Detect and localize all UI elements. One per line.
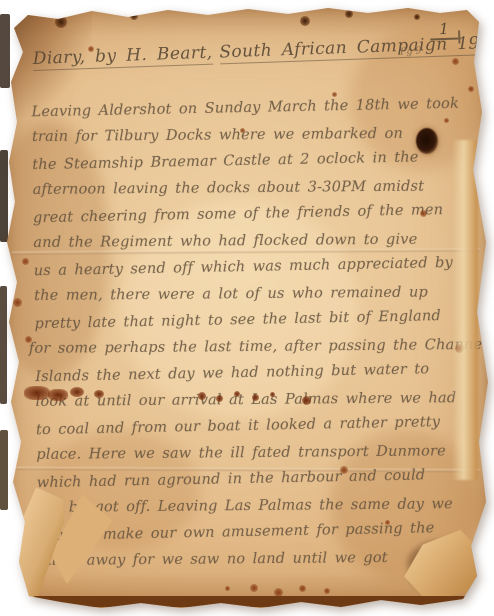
handwritten-line: and the Regiment who had flocked down to… xyxy=(33,232,417,251)
handwritten-line: great cheering from some of the friends … xyxy=(33,202,444,226)
handwritten-line: the men, there were a lot of us who rema… xyxy=(34,285,428,304)
diary-page: Diary, by H. Beart,South African Campaig… xyxy=(0,0,494,616)
burn-spot xyxy=(300,16,310,26)
handwritten-line: Islands the next day we had nothing but … xyxy=(35,361,429,385)
handwritten-line: which had run aground in the harbour and… xyxy=(37,467,426,491)
page-edge-below xyxy=(32,596,470,607)
rust-stain xyxy=(270,392,275,397)
rust-stain xyxy=(24,386,50,400)
stain-spot xyxy=(13,298,22,307)
handwritten-line: place. Here we saw the ill fated transpo… xyxy=(36,443,446,463)
stain-spot xyxy=(444,118,449,123)
stain-spot xyxy=(468,86,474,92)
rust-stain xyxy=(216,395,223,402)
diary-page-wrap: Diary, by H. Beart,South African Campaig… xyxy=(0,0,494,616)
rust-stain xyxy=(252,394,259,401)
handwritten-line: Leaving Aldershot on Sunday March the 18… xyxy=(31,96,459,121)
handwritten-line: afternoon leaving the docks about 3-30PM… xyxy=(33,179,425,198)
handwritten-line: for some perhaps the last time, after pa… xyxy=(29,337,487,357)
torn-edge-strip-right xyxy=(452,140,478,480)
handwritten-line: to coal and from our boat it looked a ra… xyxy=(36,414,441,438)
stain-spot xyxy=(88,46,94,52)
burn-spot xyxy=(130,12,138,20)
handwritten-line: train for Tilbury Docks where we embarke… xyxy=(32,126,403,145)
stain-spot xyxy=(25,336,32,343)
burn-spot xyxy=(414,14,420,20)
stain-spot xyxy=(240,128,245,133)
stain-spot xyxy=(452,58,459,65)
stain-spot xyxy=(332,92,337,97)
stain-spot xyxy=(299,585,306,592)
scanned-diary-photo: Diary, by H. Beart,South African Campaig… xyxy=(0,0,494,616)
handwritten-line: pretty late that night to see the last b… xyxy=(34,308,441,332)
rust-stain xyxy=(198,392,206,400)
rust-stain xyxy=(48,389,68,401)
page-number: 1 xyxy=(430,20,459,41)
handwritten-line: the Steamship Braemar Castle at 2 oclock… xyxy=(32,149,419,173)
pencil-annotation: Pg 9 xyxy=(400,45,422,57)
burn-spot xyxy=(345,10,353,18)
rust-stain xyxy=(302,396,311,405)
burn-spot xyxy=(55,16,67,28)
rust-stain xyxy=(70,387,84,397)
stain-spot xyxy=(340,466,348,474)
stain-spot xyxy=(385,520,390,525)
rust-stain xyxy=(94,390,104,398)
stain-spot xyxy=(225,586,230,591)
handwritten-line: us a hearty send off which was much appr… xyxy=(34,255,453,279)
stain-spot xyxy=(22,258,29,265)
stain-spot xyxy=(420,210,427,217)
rust-stain xyxy=(234,391,240,397)
ink-blot xyxy=(416,128,438,154)
handwritten-line: time away for we saw no land until we go… xyxy=(46,550,388,569)
diary-title-byline: Diary, by H. Beart, xyxy=(33,43,213,71)
stain-spot xyxy=(250,584,258,592)
stain-spot xyxy=(324,588,330,594)
diary-title: Diary, by H. Beart,South African Campaig… xyxy=(33,32,494,69)
